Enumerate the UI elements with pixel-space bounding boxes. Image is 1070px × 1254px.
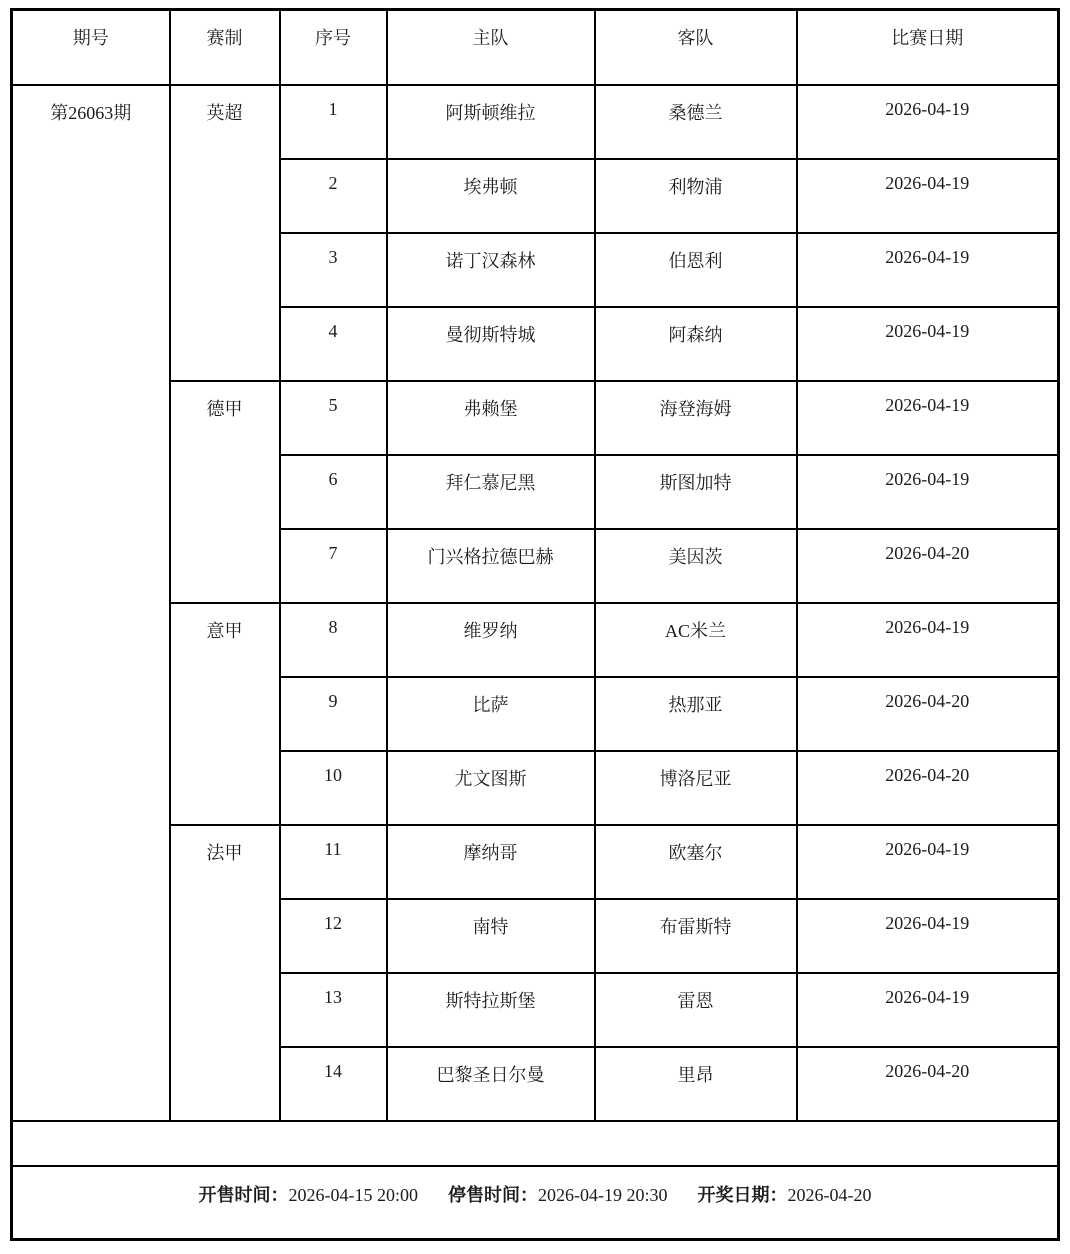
match-date: 2026-04-19 bbox=[797, 973, 1059, 1047]
home-team: 门兴格拉德巴赫 bbox=[387, 529, 595, 603]
home-team: 摩纳哥 bbox=[387, 825, 595, 899]
home-team: 斯特拉斯堡 bbox=[387, 973, 595, 1047]
home-team: 巴黎圣日尔曼 bbox=[387, 1047, 595, 1121]
match-seq: 10 bbox=[280, 751, 387, 825]
match-date: 2026-04-19 bbox=[797, 381, 1059, 455]
away-team: 桑德兰 bbox=[595, 85, 797, 159]
match-seq: 14 bbox=[280, 1047, 387, 1121]
draw-date-value: 2026-04-20 bbox=[788, 1185, 872, 1205]
lottery-schedule-table: 期号 赛制 序号 主队 客队 比赛日期 第26063期 英超 1 阿斯顿维拉 桑… bbox=[10, 8, 1060, 1241]
home-team: 埃弗顿 bbox=[387, 159, 595, 233]
home-team: 拜仁慕尼黑 bbox=[387, 455, 595, 529]
home-team: 尤文图斯 bbox=[387, 751, 595, 825]
col-header-home: 主队 bbox=[387, 10, 595, 85]
away-team: 雷恩 bbox=[595, 973, 797, 1047]
match-row: 第26063期 英超 1 阿斯顿维拉 桑德兰 2026-04-19 bbox=[12, 85, 1059, 159]
col-header-league: 赛制 bbox=[170, 10, 280, 85]
match-seq: 2 bbox=[280, 159, 387, 233]
match-row: 德甲 5 弗赖堡 海登海姆 2026-04-19 bbox=[12, 381, 1059, 455]
sale-end-segment: 停售时间：2026-04-19 20:30 bbox=[448, 1185, 668, 1205]
col-header-away: 客队 bbox=[595, 10, 797, 85]
match-seq: 7 bbox=[280, 529, 387, 603]
match-date: 2026-04-19 bbox=[797, 85, 1059, 159]
match-date: 2026-04-19 bbox=[797, 159, 1059, 233]
match-seq: 6 bbox=[280, 455, 387, 529]
match-date: 2026-04-19 bbox=[797, 825, 1059, 899]
away-team: 美因茨 bbox=[595, 529, 797, 603]
col-header-period: 期号 bbox=[12, 10, 170, 85]
away-team: 热那亚 bbox=[595, 677, 797, 751]
match-date: 2026-04-19 bbox=[797, 603, 1059, 677]
match-row: 法甲 11 摩纳哥 欧塞尔 2026-04-19 bbox=[12, 825, 1059, 899]
league-cell-bundesliga: 德甲 bbox=[170, 381, 280, 603]
match-seq: 1 bbox=[280, 85, 387, 159]
sale-end-time: 2026-04-19 20:30 bbox=[538, 1185, 668, 1205]
match-date: 2026-04-19 bbox=[797, 307, 1059, 381]
away-team: 欧塞尔 bbox=[595, 825, 797, 899]
away-team: 利物浦 bbox=[595, 159, 797, 233]
home-team: 阿斯顿维拉 bbox=[387, 85, 595, 159]
table-header-row: 期号 赛制 序号 主队 客队 比赛日期 bbox=[12, 10, 1059, 85]
col-header-date: 比赛日期 bbox=[797, 10, 1059, 85]
league-cell-serie-a: 意甲 bbox=[170, 603, 280, 825]
match-date: 2026-04-20 bbox=[797, 751, 1059, 825]
home-team: 比萨 bbox=[387, 677, 595, 751]
match-seq: 9 bbox=[280, 677, 387, 751]
match-seq: 8 bbox=[280, 603, 387, 677]
match-row: 意甲 8 维罗纳 AC米兰 2026-04-19 bbox=[12, 603, 1059, 677]
home-team: 曼彻斯特城 bbox=[387, 307, 595, 381]
home-team: 维罗纳 bbox=[387, 603, 595, 677]
league-cell-premier-league: 英超 bbox=[170, 85, 280, 381]
away-team: 伯恩利 bbox=[595, 233, 797, 307]
away-team: AC米兰 bbox=[595, 603, 797, 677]
match-date: 2026-04-19 bbox=[797, 233, 1059, 307]
away-team: 里昂 bbox=[595, 1047, 797, 1121]
league-cell-ligue-1: 法甲 bbox=[170, 825, 280, 1121]
match-date: 2026-04-20 bbox=[797, 529, 1059, 603]
home-team: 南特 bbox=[387, 899, 595, 973]
period-cell: 第26063期 bbox=[12, 85, 170, 1121]
match-date: 2026-04-20 bbox=[797, 1047, 1059, 1121]
match-seq: 5 bbox=[280, 381, 387, 455]
away-team: 布雷斯特 bbox=[595, 899, 797, 973]
match-seq: 13 bbox=[280, 973, 387, 1047]
sale-start-label: 开售时间： bbox=[199, 1185, 289, 1205]
match-date: 2026-04-19 bbox=[797, 455, 1059, 529]
match-date: 2026-04-19 bbox=[797, 899, 1059, 973]
away-team: 博洛尼亚 bbox=[595, 751, 797, 825]
draw-date-segment: 开奖日期：2026-04-20 bbox=[698, 1185, 872, 1205]
footer-row: 开售时间：2026-04-15 20:00停售时间：2026-04-19 20:… bbox=[12, 1166, 1059, 1240]
schedule-sheet: 期号 赛制 序号 主队 客队 比赛日期 第26063期 英超 1 阿斯顿维拉 桑… bbox=[10, 8, 1060, 1241]
spacer-cell bbox=[12, 1121, 1059, 1166]
sale-start-segment: 开售时间：2026-04-15 20:00 bbox=[199, 1185, 419, 1205]
match-seq: 3 bbox=[280, 233, 387, 307]
home-team: 诺丁汉森林 bbox=[387, 233, 595, 307]
match-date: 2026-04-20 bbox=[797, 677, 1059, 751]
match-seq: 12 bbox=[280, 899, 387, 973]
sale-end-label: 停售时间： bbox=[448, 1185, 538, 1205]
home-team: 弗赖堡 bbox=[387, 381, 595, 455]
match-seq: 11 bbox=[280, 825, 387, 899]
away-team: 阿森纳 bbox=[595, 307, 797, 381]
col-header-seq: 序号 bbox=[280, 10, 387, 85]
spacer-row bbox=[12, 1121, 1059, 1166]
draw-date-label: 开奖日期： bbox=[698, 1185, 788, 1205]
match-seq: 4 bbox=[280, 307, 387, 381]
away-team: 海登海姆 bbox=[595, 381, 797, 455]
sale-start-time: 2026-04-15 20:00 bbox=[289, 1185, 419, 1205]
away-team: 斯图加特 bbox=[595, 455, 797, 529]
footer-cell: 开售时间：2026-04-15 20:00停售时间：2026-04-19 20:… bbox=[12, 1166, 1059, 1240]
